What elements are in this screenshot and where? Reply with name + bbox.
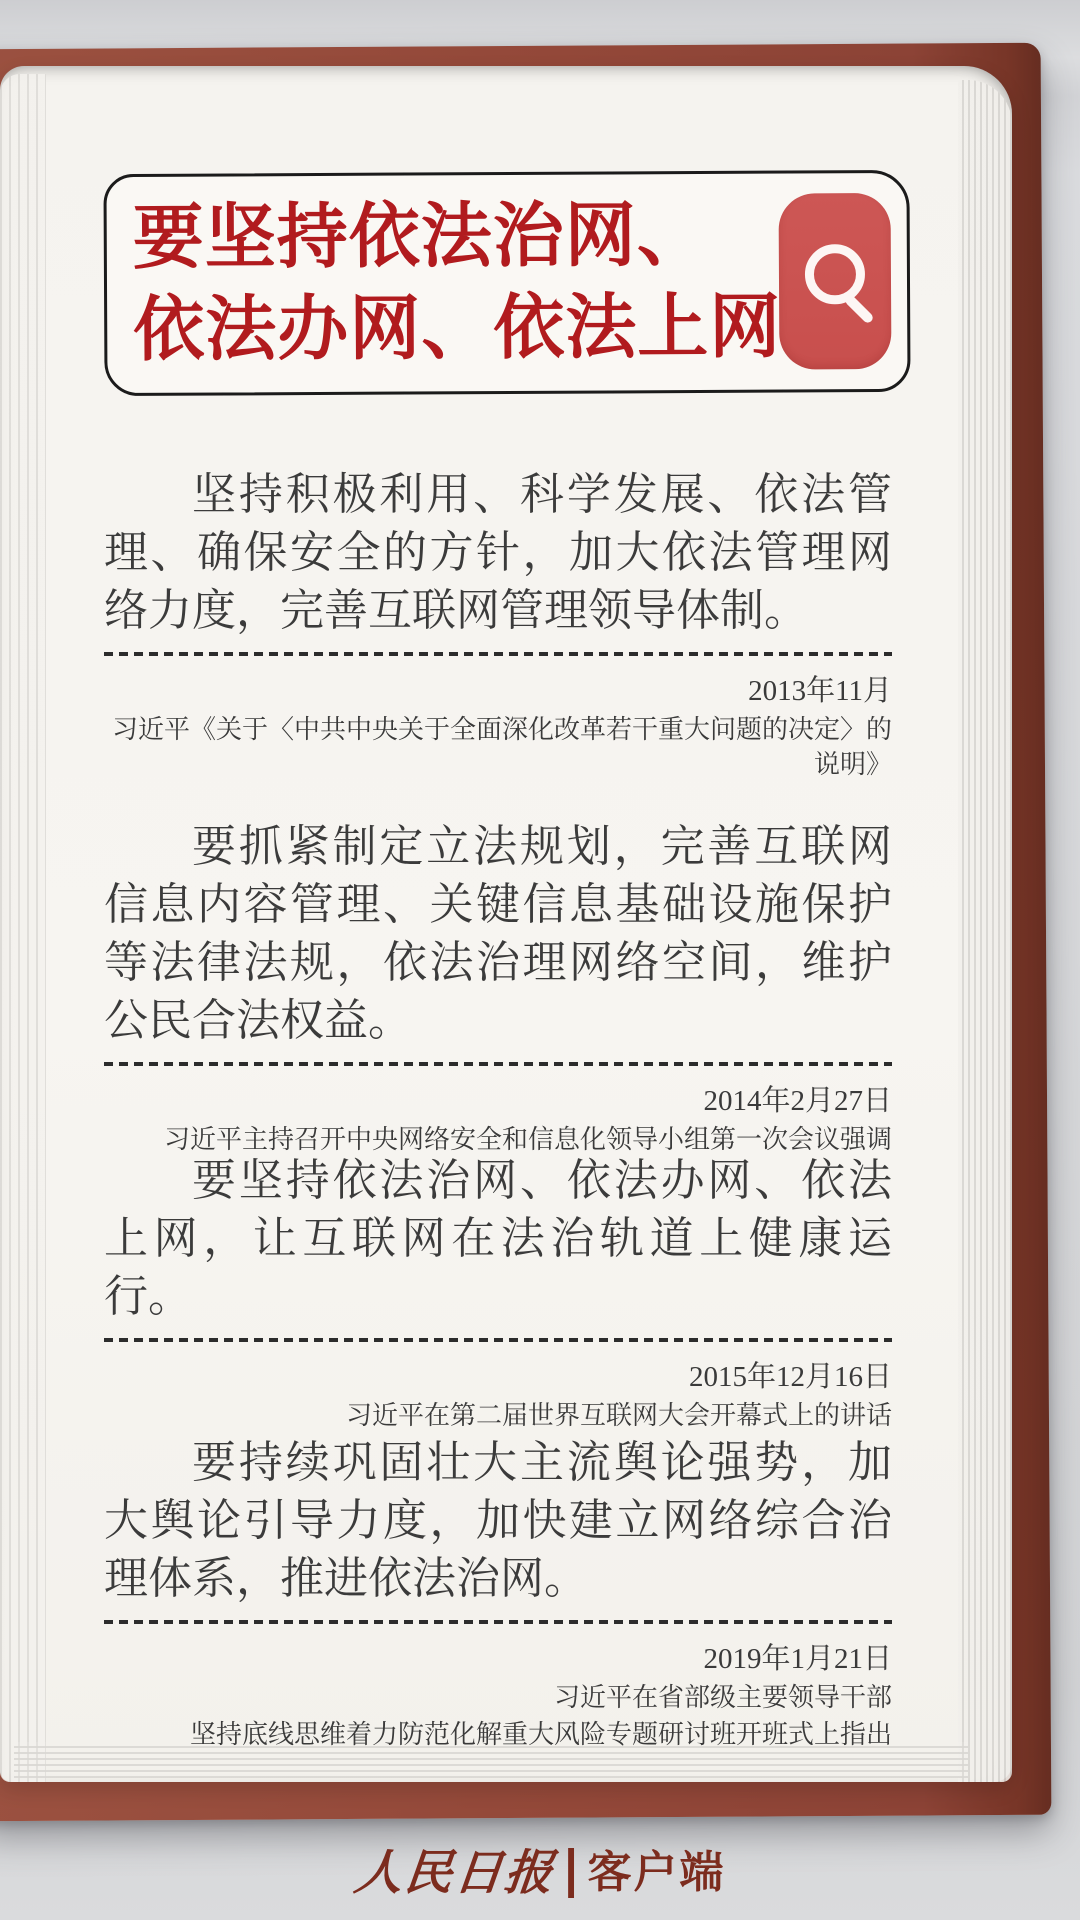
dashed-divider <box>104 1062 892 1066</box>
quote-date: 2019年1月21日 <box>104 1640 892 1678</box>
quote-block-4: 要持续巩固壮大主流舆论强势，加大舆论引导力度，加快建立网络综合治理体系，推进依法… <box>104 1434 892 1752</box>
quote-date: 2013年11月 <box>104 672 892 710</box>
title-line-2: 依法办网、依法上网 <box>133 288 781 370</box>
client-label: 客户端 <box>587 1836 725 1900</box>
dashed-divider <box>104 1620 892 1624</box>
logo-divider: | <box>565 1842 578 1895</box>
dashed-divider <box>104 652 892 656</box>
peoples-daily-script-logo: 人民日报 <box>351 1834 558 1903</box>
page-content: 要坚持依法治网、 依法办网、依法上网 坚持积极利用、科学发展、依法管理、确保安全… <box>0 0 1080 1920</box>
footer-logo: 人民日报 | 客户端 <box>0 1838 1080 1898</box>
title-line-1: 要坚持依法治网、 <box>133 196 709 278</box>
page-title: 要坚持依法治网、 依法办网、依法上网 <box>133 190 782 377</box>
quote-text: 要抓紧制定立法规划，完善互联网信息内容管理、关键信息基础设施保护等法律法规，依法… <box>104 818 892 1050</box>
quote-attribution: 习近平《关于〈中共中央关于全面深化改革若干重大问题的决定〉的说明》 <box>104 712 892 782</box>
quote-block-3: 要坚持依法治网、依法办网、依法上网，让互联网在法治轨道上健康运行。 2015年1… <box>104 1152 892 1433</box>
quote-date: 2014年2月27日 <box>104 1082 892 1120</box>
magnifier-lens <box>805 244 865 304</box>
quote-text: 坚持积极利用、科学发展、依法管理、确保安全的方针，加大依法管理网络力度，完善互联… <box>104 466 892 640</box>
quote-block-2: 要抓紧制定立法规划，完善互联网信息内容管理、关键信息基础设施保护等法律法规，依法… <box>104 818 892 1157</box>
quote-text: 要坚持依法治网、依法办网、依法上网，让互联网在法治轨道上健康运行。 <box>104 1152 892 1326</box>
quote-attribution: 坚持底线思维着力防范化解重大风险专题研讨班开班式上指出 <box>104 1717 892 1752</box>
quote-text: 要持续巩固壮大主流舆论强势，加大舆论引导力度，加快建立网络综合治理体系，推进依法… <box>104 1434 892 1608</box>
quote-attribution: 习近平在省部级主要领导干部 <box>104 1680 892 1715</box>
search-icon <box>795 236 875 326</box>
quote-attribution: 习近平在第二届世界互联网大会开幕式上的讲话 <box>104 1398 892 1433</box>
magnifier-handle <box>844 294 875 325</box>
search-button[interactable] <box>779 193 892 370</box>
dashed-divider <box>104 1338 892 1342</box>
quote-date: 2015年12月16日 <box>104 1358 892 1396</box>
quote-block-1: 坚持积极利用、科学发展、依法管理、确保安全的方针，加大依法管理网络力度，完善互联… <box>104 466 892 782</box>
search-box: 要坚持依法治网、 依法办网、依法上网 <box>103 170 910 396</box>
